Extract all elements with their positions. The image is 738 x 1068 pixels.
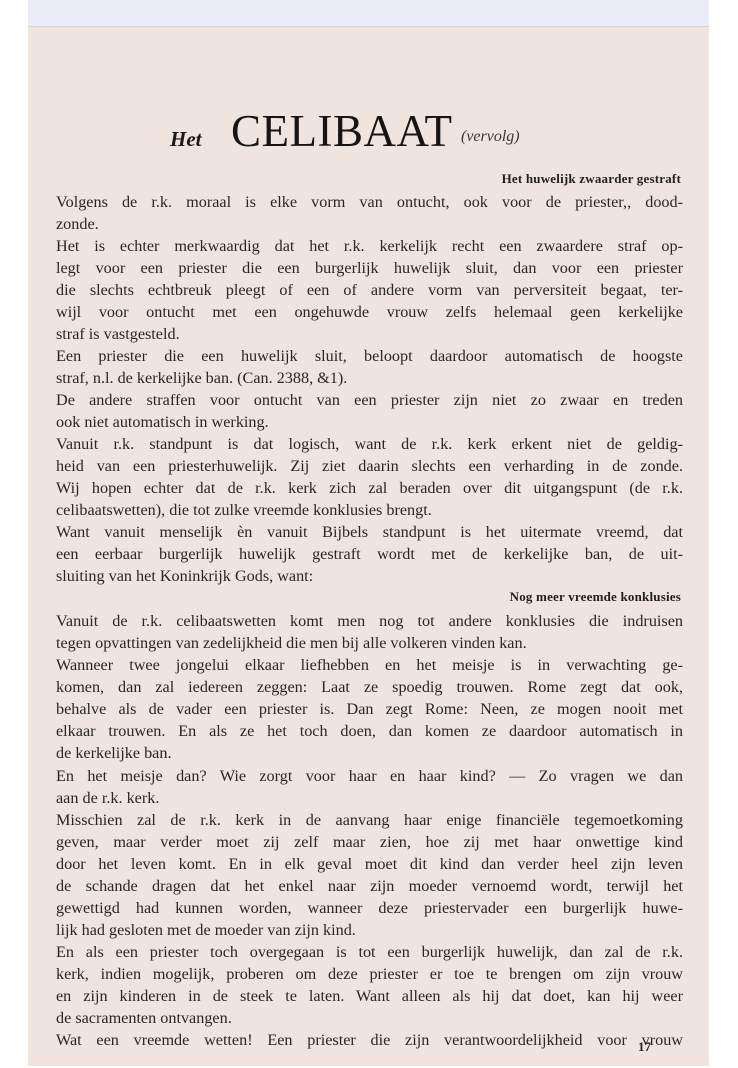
article-title: Het CELIBAAT (vervolg): [28, 105, 709, 155]
text-line: wijl voor ontucht met een ongehuwde vrou…: [56, 302, 683, 322]
text-line: Het is echter merkwaardig dat het r.k. k…: [56, 236, 683, 256]
text-line: Wat een vreemde wetten! Een priester die…: [56, 1030, 683, 1050]
title-prefix: Het: [170, 127, 202, 152]
text-line: Wij hopen echter dat de r.k. kerk zich z…: [56, 478, 683, 498]
text-line: lijk had gesloten met de moeder van zijn…: [56, 920, 683, 940]
text-line: Een priester die een huwelijk sluit, bel…: [56, 346, 683, 366]
text-line: En het meisje dan? Wie zorgt voor haar e…: [56, 766, 683, 786]
text-line: Vanuit de r.k. celibaatswetten komt men …: [56, 611, 683, 631]
text-line: straf, n.l. de kerkelijke ban. (Can. 238…: [56, 368, 683, 388]
text-line: legt voor een priester die een burgerlij…: [56, 258, 683, 278]
text-line: een eerbaar burgerlijk huwelijk gestraft…: [56, 544, 683, 564]
text-line: komen, dan zal iedereen zeggen: Laat ze …: [56, 677, 683, 697]
text-line: door het leven komt. En in elk geval moe…: [56, 854, 683, 874]
section-heading: Het huwelijk zwaarder gestraft: [502, 171, 681, 187]
page-number: 17: [638, 1039, 651, 1055]
text-line: En als een priester toch overgegaan is t…: [56, 942, 683, 962]
text-line: de schande dragen dat het enkel naar zij…: [56, 876, 683, 896]
section-heading: Nog meer vreemde konklusies: [510, 589, 681, 605]
text-line: heid van een priesterhuwelijk. Zij ziet …: [56, 456, 683, 476]
text-line: Wanneer twee jongelui elkaar liefhebben …: [56, 655, 683, 675]
text-line: Vanuit r.k. standpunt is dat logisch, wa…: [56, 434, 683, 454]
text-line: De andere straffen voor ontucht van een …: [56, 390, 683, 410]
text-line: geven, maar verder moet zij zelf maar zi…: [56, 832, 683, 852]
text-line: de sacramenten ontvangen.: [56, 1008, 683, 1028]
text-line: straf is vastgesteld.: [56, 324, 683, 344]
text-line: gewettigd had kunnen worden, wanneer dez…: [56, 898, 683, 918]
text-line: elkaar trouwen. En als ze het toch doen,…: [56, 721, 683, 741]
text-line: zonde.: [56, 214, 683, 234]
document-page: Het CELIBAAT (vervolg) Het huwelijk zwaa…: [28, 26, 709, 1066]
text-line: Want vanuit menselijk èn vanuit Bijbels …: [56, 522, 683, 542]
text-line: ook niet automatisch in werking.: [56, 412, 683, 432]
text-line: aan de r.k. kerk.: [56, 788, 683, 808]
text-line: celibaatswetten), die tot zulke vreemde …: [56, 500, 683, 520]
text-line: de kerkelijke ban.: [56, 743, 683, 763]
text-line: tegen opvattingen van zedelijkheid die m…: [56, 633, 683, 653]
title-main: CELIBAAT: [231, 105, 453, 157]
text-line: behalve als de vader een priester is. Da…: [56, 699, 683, 719]
text-line: sluiting van het Koninkrijk Gods, want:: [56, 566, 683, 586]
title-suffix: (vervolg): [461, 128, 520, 146]
text-line: die slechts echtbreuk pleegt of een of a…: [56, 280, 683, 300]
text-line: en zijn kinderen in de steek te laten. W…: [56, 986, 683, 1006]
text-line: Volgens de r.k. moraal is elke vorm van …: [56, 192, 683, 212]
scan-top-strip: [28, 0, 709, 26]
text-line: kerk, indien mogelijk, proberen om deze …: [56, 964, 683, 984]
text-line: Misschien zal de r.k. kerk in de aanvang…: [56, 810, 683, 830]
